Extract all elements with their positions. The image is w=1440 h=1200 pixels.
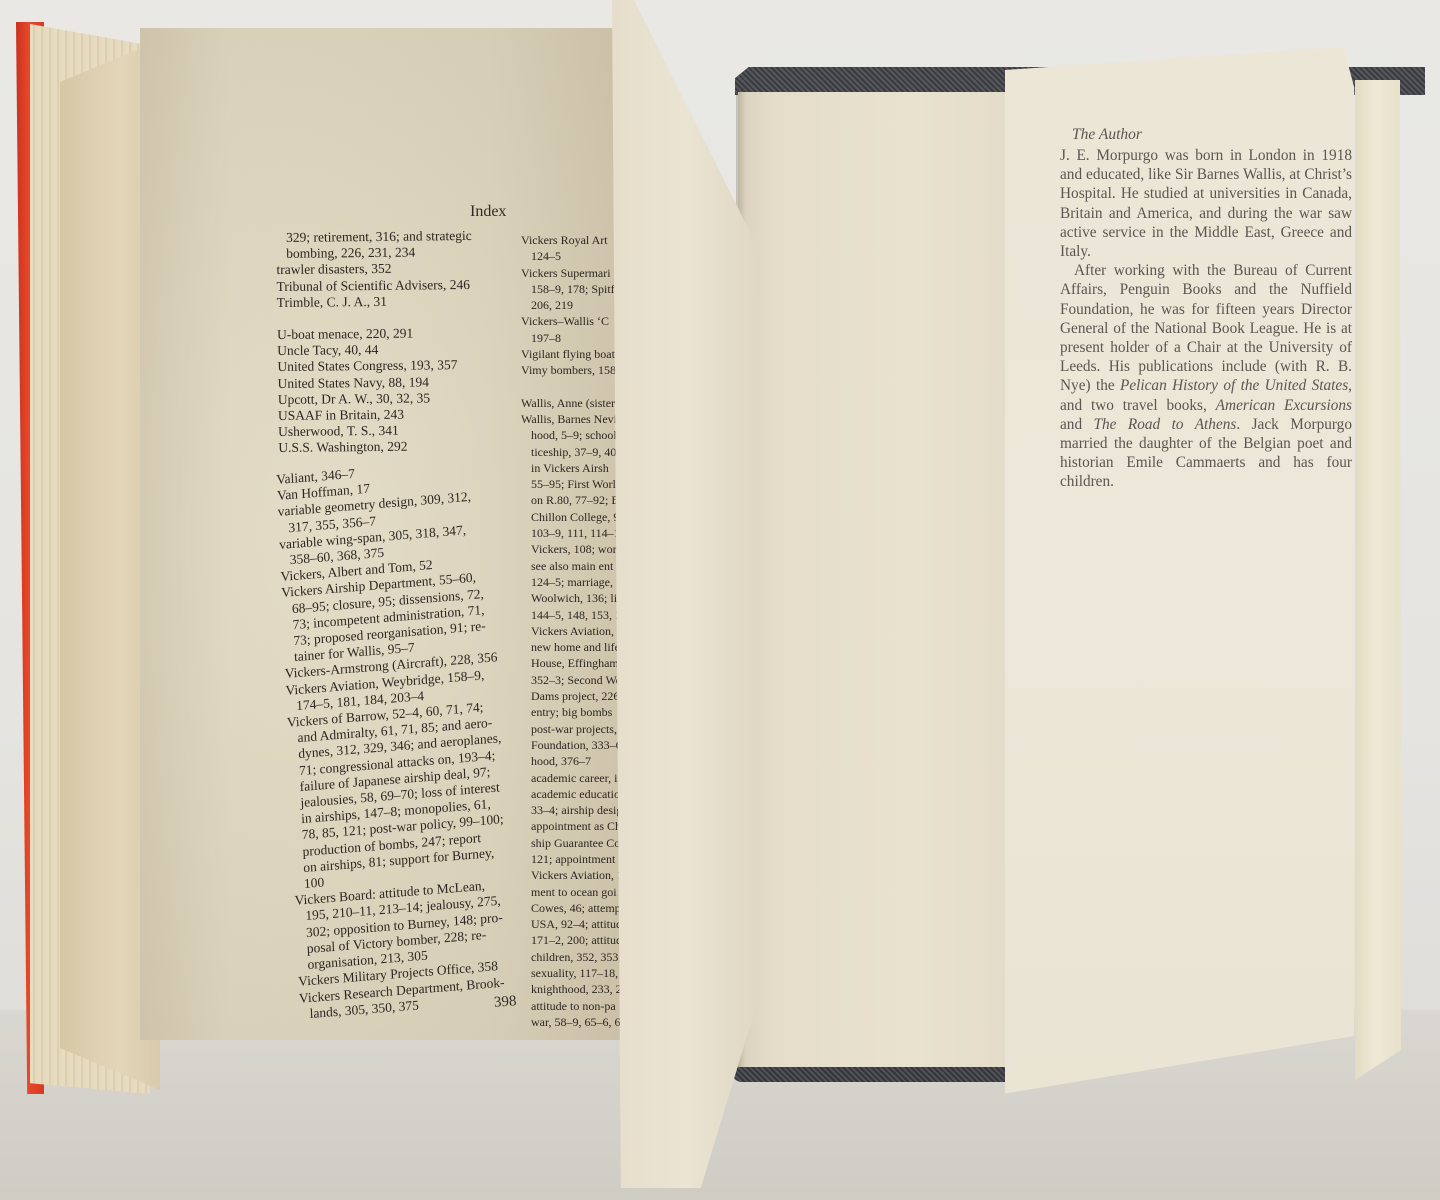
author-heading: The Author: [1072, 126, 1142, 144]
index-entry: Woolwich, 136; li: [521, 590, 631, 606]
index-entry: Cowes, 46; attempt: [521, 900, 631, 916]
index-entry: post-war projects,: [521, 721, 631, 737]
index-entry: 121; appointment as: [521, 851, 631, 867]
index-entry: academic education: [521, 786, 631, 802]
index-entry: 103–9, 111, 114–16,: [521, 525, 631, 541]
index-entry: House, Effingham, 1: [521, 655, 631, 671]
index-entry: see also main ent: [521, 558, 631, 574]
index-entry: Foundation, 333–6, 3: [521, 737, 631, 753]
index-entry: USA, 92–4; attitude: [521, 916, 631, 932]
index-entry: children, 352, 353; at: [521, 949, 631, 965]
jacket-fold: [1355, 80, 1405, 1080]
index-entry: war, 58–9, 65–6, 69, 7: [521, 1014, 631, 1030]
index-column-1-bottom: Valiant, 346–7Van Hoffman, 17variable ge…: [276, 452, 559, 1023]
index-entry: attitude to non-pa: [521, 998, 631, 1014]
index-entry: Vigilant flying boat: [521, 346, 631, 362]
index-entry: sexuality, 117–18, 3: [521, 965, 631, 981]
index-entry: knighthood, 233, 2: [521, 981, 631, 997]
index-entry: ticeship, 37–9, 40,: [521, 444, 631, 460]
index-entry: 171–2, 200; attitude: [521, 932, 631, 948]
index-entry: 124–5; marriage, 13: [521, 574, 631, 590]
index-entry: Dams project, 226–7: [521, 688, 631, 704]
bio-paragraph-1: J. E. Morpurgo was born in London in 191…: [1060, 146, 1352, 261]
right-endpaper: [738, 92, 1028, 1067]
running-head: Index: [470, 203, 506, 221]
index-entry: entry; big bombs: [521, 704, 631, 720]
book-title-pelican-history: Pelican History of the United States: [1120, 377, 1348, 394]
index-entry: hood, 376–7: [521, 753, 631, 769]
index-entry: hood, 5–9; schoolir: [521, 427, 631, 443]
index-entry: Vimy bombers, 158: [521, 362, 631, 378]
index-entry: new home and life: [521, 639, 631, 655]
index-entry: Wallis, Anne (sister): [521, 395, 631, 411]
index-entry: ship Guarantee Co: [521, 835, 631, 851]
bio-paragraph-2: After working with the Bureau of Current…: [1060, 261, 1352, 491]
index-entry: appointment as Chie: [521, 818, 631, 834]
index-gap: [521, 379, 631, 395]
page-number: 398: [493, 993, 517, 1012]
index-entry: Vickers Aviation, 16: [521, 867, 631, 883]
index-entry: academic career, in: [521, 770, 631, 786]
index-entry: on R.80, 77–92; B: [521, 492, 631, 508]
index-entry: 33–4; airship desig: [521, 802, 631, 818]
index-entry: 352–3; Second Worl: [521, 672, 631, 688]
bio-text: and: [1060, 416, 1094, 433]
index-column-1-top: 329; retirement, 316; and strategicbombi…: [276, 227, 538, 456]
index-entry: ment to ocean goi: [521, 884, 631, 900]
index-entry: Chillon College, 9: [521, 509, 631, 525]
index-entry: Wallis, Barnes Nevi: [521, 411, 631, 427]
index-entry: 144–5, 148, 153, 17: [521, 607, 631, 623]
index-entry: Vickers Aviation,: [521, 623, 631, 639]
index-entry: 55–95; First World: [521, 476, 631, 492]
book-title-road-to-athens: The Road to Athens: [1094, 416, 1237, 433]
author-bio: J. E. Morpurgo was born in London in 191…: [1060, 146, 1352, 492]
book-title-american-excursions: American Excursions: [1216, 397, 1352, 414]
index-column-2: Vickers Royal Art124–5Vickers Supermari1…: [521, 232, 631, 1030]
index-column-2-clip: Vickers Royal Art124–5Vickers Supermari1…: [521, 232, 631, 1032]
bio-text: After working with the Bureau of Current…: [1060, 262, 1352, 394]
index-entry: in Vickers Airsh: [521, 460, 631, 476]
index-entry: Vickers, 108; work c: [521, 541, 631, 557]
